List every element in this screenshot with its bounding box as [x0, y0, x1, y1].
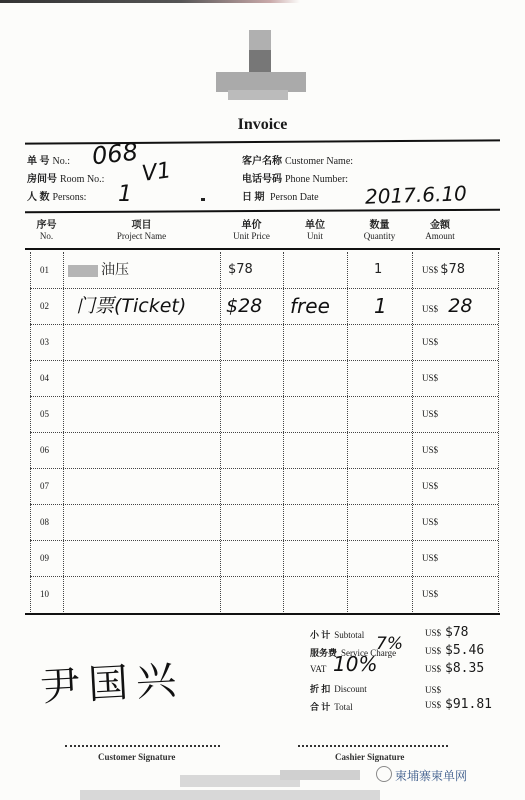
- blurred-text: [68, 265, 98, 277]
- table-bottom-rule: [25, 613, 500, 615]
- col-header-unit-price: 单价Unit Price: [220, 221, 283, 241]
- row-quantity[interactable]: 1: [374, 252, 382, 288]
- row-amount[interactable]: US$: [422, 468, 438, 504]
- row-no: 10: [40, 576, 49, 612]
- header-bottom-rule: [25, 209, 500, 213]
- total-value[interactable]: US$$91.81: [425, 697, 492, 712]
- date-value[interactable]: 2017.6.10: [365, 181, 468, 209]
- date-label: 日 期 Person Date: [242, 188, 319, 203]
- blurred-logo: [206, 28, 312, 103]
- row-no: 09: [40, 540, 49, 576]
- row-amount[interactable]: US$: [422, 504, 438, 540]
- row-no: 03: [40, 324, 49, 360]
- table-row: 01 油压 $78 1 US$ $78: [30, 252, 498, 289]
- row-no: 02: [40, 288, 49, 324]
- paper-top-edge: [0, 0, 300, 3]
- row-amount[interactable]: US$: [422, 324, 438, 360]
- vat-label: VAT: [310, 664, 326, 674]
- table-row: 04 US$: [30, 360, 498, 397]
- customer-signature-handwriting: 尹国兴: [39, 648, 186, 712]
- table-row: 08 US$: [30, 504, 498, 541]
- row-unit[interactable]: free: [290, 288, 330, 324]
- table-row: 05 US$: [30, 396, 498, 433]
- row-no: 04: [40, 360, 49, 396]
- room-label: 房间号Room No.:: [27, 170, 104, 185]
- ink-dot: [201, 198, 205, 201]
- row-no: 06: [40, 432, 49, 468]
- table-row: 10 US$: [30, 576, 498, 612]
- blurred-footer-text: [80, 790, 380, 800]
- cashier-signature-label: Cashier Signature: [335, 752, 404, 762]
- subtotal-label: 小 计Subtotal: [310, 628, 364, 641]
- service-charge-note: 7%: [376, 634, 403, 654]
- persons-label: 人 数Persons:: [27, 188, 86, 203]
- service-charge-value[interactable]: US$$5.46: [425, 643, 484, 658]
- row-no: 05: [40, 396, 49, 432]
- col-header-amount: 金额Amount: [405, 221, 475, 241]
- table-row: 03 US$: [30, 324, 498, 361]
- vat-note: 10%: [333, 652, 377, 676]
- customer-signature-line[interactable]: [65, 745, 220, 747]
- row-name[interactable]: 油压: [36, 252, 129, 288]
- row-amount[interactable]: US$: [422, 396, 438, 432]
- col-header-no: 序号No.: [30, 221, 63, 241]
- table-row: 07 US$: [30, 468, 498, 505]
- blurred-footer-text: [280, 770, 360, 780]
- document-title: Invoice: [0, 116, 525, 134]
- table-row: 06 US$: [30, 432, 498, 469]
- row-quantity[interactable]: 1: [374, 288, 387, 324]
- col-line: [498, 252, 499, 614]
- row-unit-price[interactable]: $78: [228, 252, 253, 288]
- discount-value[interactable]: US$: [425, 682, 445, 697]
- subtotal-value[interactable]: US$$78: [425, 625, 469, 640]
- col-header-quantity: 数量Quantity: [347, 221, 412, 241]
- col-header-unit: 单位Unit: [283, 221, 347, 241]
- table-row: 09 US$: [30, 540, 498, 577]
- wechat-icon: [376, 766, 392, 782]
- persons-value[interactable]: 1: [118, 182, 132, 207]
- row-amount[interactable]: US$: [422, 432, 438, 468]
- table-row: 02 门票(Ticket) $28 free 1 US$ 28: [30, 288, 498, 325]
- cashier-signature-line[interactable]: [298, 745, 448, 747]
- row-amount[interactable]: US$: [422, 540, 438, 576]
- total-label: 合 计Total: [310, 700, 353, 713]
- customer-signature-label: Customer Signature: [98, 752, 175, 762]
- row-amount[interactable]: US$ 28: [422, 288, 472, 324]
- row-amount[interactable]: US$ $78: [422, 252, 465, 288]
- row-amount[interactable]: US$: [422, 360, 438, 396]
- no-label: 单 号No.:: [27, 152, 70, 167]
- row-unit-price[interactable]: $28: [226, 288, 262, 324]
- row-amount[interactable]: US$: [422, 576, 438, 612]
- row-no: 08: [40, 504, 49, 540]
- watermark-text: 柬埔寨柬单网: [395, 767, 467, 784]
- vat-value[interactable]: US$$8.35: [425, 661, 484, 676]
- phone-number-label: 电话号码Phone Number:: [242, 170, 348, 185]
- discount-label: 折 扣Discount: [310, 682, 367, 695]
- customer-name-label: 客户名称Customer Name:: [242, 152, 353, 167]
- no-value[interactable]: 068: [91, 138, 139, 171]
- row-name[interactable]: 门票(Ticket): [76, 288, 186, 324]
- room-value[interactable]: V1: [140, 158, 172, 187]
- row-no: 07: [40, 468, 49, 504]
- table-header-rule: [25, 248, 500, 250]
- col-header-project-name: 项目Project Name: [63, 221, 220, 241]
